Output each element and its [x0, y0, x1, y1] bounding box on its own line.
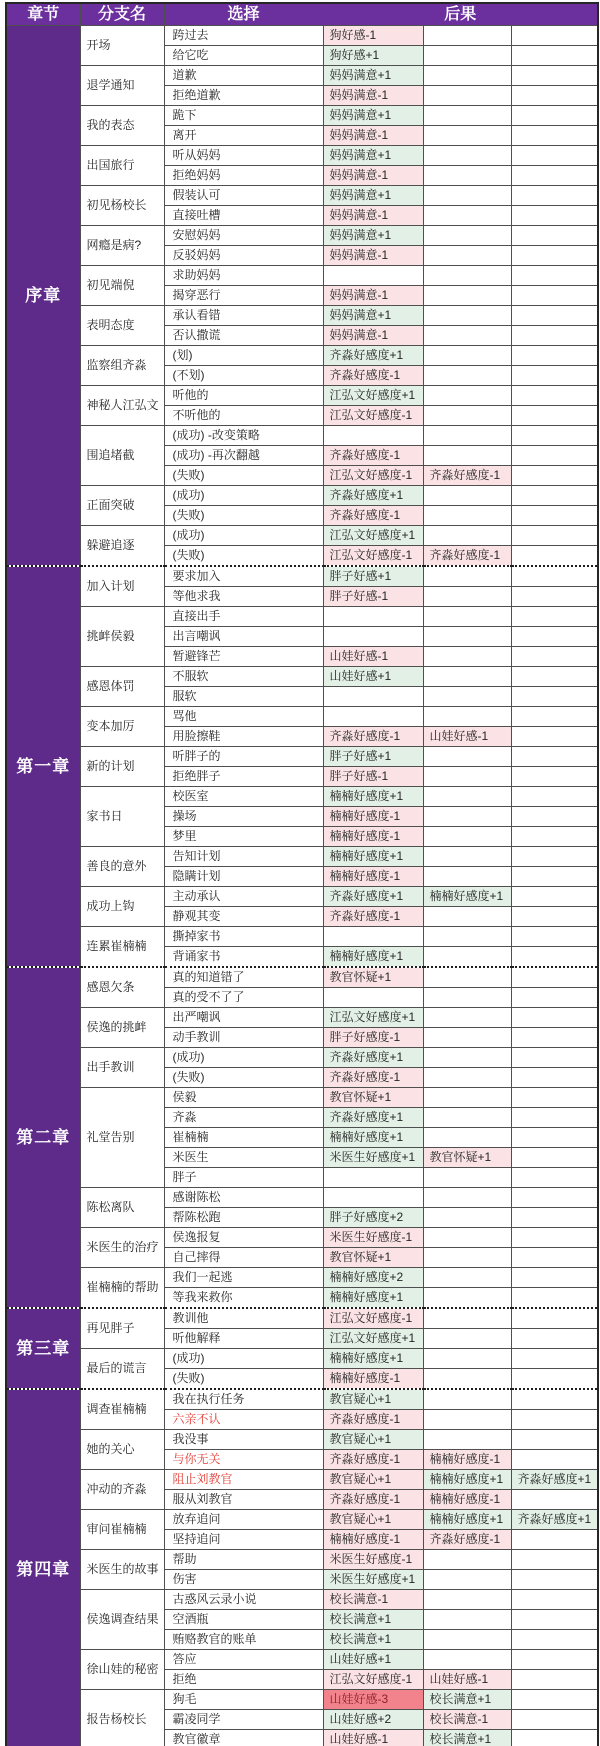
effect-cell: 山娃好感-1 [323, 1729, 423, 1746]
branch-cell: 连累崔楠楠 [80, 926, 164, 967]
effect-cell: 齐淼好感度+1 [323, 345, 423, 365]
effect-cell [511, 786, 598, 806]
effect-cell [423, 205, 511, 225]
branch-cell: 开场 [80, 25, 164, 65]
effect-cell [323, 926, 423, 946]
effect-cell: 教官怀疑+1 [323, 1087, 423, 1107]
effect-cell [511, 265, 598, 285]
table-row: 躲避追逐(成功)江弘文好感度+1 [6, 525, 598, 545]
effect-cell [511, 25, 598, 45]
choice-cell: 空酒瓶 [164, 1609, 323, 1629]
effect-cell: 校长满意-1 [423, 1709, 511, 1729]
effect-cell: 教官怀疑+1 [323, 967, 423, 988]
effect-cell: 齐淼好感度-1 [323, 1067, 423, 1087]
branch-cell: 最后的谎言 [80, 1348, 164, 1389]
choice-cell: 感谢陈松 [164, 1187, 323, 1207]
col-header-chapter: 章节 [6, 3, 80, 25]
table-row: 连累崔楠楠撕掉家书 [6, 926, 598, 946]
effect-cell: 齐淼好感度+1 [323, 485, 423, 505]
branch-cell: 新的计划 [80, 746, 164, 786]
effect-cell: 齐淼好感度-1 [323, 1409, 423, 1429]
effect-cell [511, 345, 598, 365]
table-row: 她的关心我没事教官疑心+1 [6, 1429, 598, 1449]
col-header-consequence: 后果 [323, 3, 598, 25]
choice-cell: 主动承认 [164, 886, 323, 906]
choice-cell: 拒绝道歉 [164, 85, 323, 105]
effect-cell [511, 826, 598, 846]
effect-cell [511, 886, 598, 906]
effect-cell [511, 706, 598, 726]
effect-cell [511, 766, 598, 786]
branch-cell: 初见杨校长 [80, 185, 164, 225]
effect-cell: 江弘文好感度-1 [323, 465, 423, 485]
effect-cell [323, 987, 423, 1007]
effect-cell [423, 1609, 511, 1629]
effect-cell [511, 1328, 598, 1348]
effect-cell: 江弘文好感度+1 [323, 1007, 423, 1027]
choice-cell: 求助妈妈 [164, 265, 323, 285]
choice-cell: 直接吐槽 [164, 205, 323, 225]
choice-cell: (成功) [164, 1348, 323, 1368]
effect-cell [511, 1247, 598, 1267]
branch-cell: 感恩体罚 [80, 666, 164, 706]
table-row: 陈松离队感谢陈松 [6, 1187, 598, 1207]
effect-cell [423, 926, 511, 946]
effect-cell [423, 1629, 511, 1649]
effect-cell [511, 1207, 598, 1227]
choice-cell: 出言嘲讽 [164, 626, 323, 646]
branch-cell: 冲动的齐淼 [80, 1469, 164, 1509]
effect-cell [323, 265, 423, 285]
effect-cell [423, 405, 511, 425]
branch-cell: 表明态度 [80, 305, 164, 345]
effect-cell: 齐淼好感度+1 [323, 1107, 423, 1127]
effect-cell [423, 1549, 511, 1569]
effect-cell: 妈妈满意-1 [323, 245, 423, 265]
choice-cell: 跪下 [164, 105, 323, 125]
branch-cell: 挑衅侯毅 [80, 606, 164, 666]
effect-cell: 齐淼好感度-1 [323, 445, 423, 465]
effect-cell [423, 1027, 511, 1047]
effect-cell [511, 465, 598, 485]
effect-cell [423, 1308, 511, 1329]
effect-cell: 江弘文好感度-1 [323, 545, 423, 566]
effect-cell [423, 946, 511, 967]
effect-cell: 齐淼好感度-1 [323, 1449, 423, 1469]
choice-cell: 服从刘教官 [164, 1489, 323, 1509]
branch-cell: 侯逸的挑衅 [80, 1007, 164, 1047]
effect-cell [511, 1348, 598, 1368]
effect-cell [511, 205, 598, 225]
branch-cell: 退学通知 [80, 65, 164, 105]
effect-cell [423, 385, 511, 405]
effect-cell: 齐淼好感度-1 [423, 1529, 511, 1549]
effect-cell: 妈妈满意+1 [323, 65, 423, 85]
effect-cell [423, 1187, 511, 1207]
choice-cell: 古惑风云录小说 [164, 1589, 323, 1609]
choice-cell: 梦里 [164, 826, 323, 846]
choice-cell: (成功) -再次翻越 [164, 445, 323, 465]
effect-cell: 妈妈满意-1 [323, 205, 423, 225]
choice-cell: 米医生 [164, 1147, 323, 1167]
choice-cell: 阻止刘教官 [164, 1469, 323, 1489]
effect-cell: 楠楠好感度-1 [323, 806, 423, 826]
effect-cell: 江弘文好感度+1 [323, 385, 423, 405]
choice-cell: 给它吃 [164, 45, 323, 65]
choice-cell: 拒绝妈妈 [164, 165, 323, 185]
table-row: 侯逸调查结果古惑风云录小说校长满意-1 [6, 1589, 598, 1609]
effect-cell [423, 906, 511, 926]
effect-cell [511, 85, 598, 105]
effect-cell [423, 1247, 511, 1267]
effect-cell [323, 425, 423, 445]
effect-cell [511, 245, 598, 265]
walkthrough-page: 章节 分支名 选择 后果 序章开场跨过去狗好感-1给它吃狗好感+1退学通知道歉妈… [0, 0, 600, 1746]
effect-cell: 教官疑心+1 [323, 1469, 423, 1489]
table-row: 家书日校医室楠楠好感度+1 [6, 786, 598, 806]
effect-cell [511, 1729, 598, 1746]
choice-cell: 拒绝 [164, 1669, 323, 1689]
effect-cell [423, 265, 511, 285]
choice-cell: 假装认可 [164, 185, 323, 205]
effect-cell [511, 1368, 598, 1389]
effect-cell [511, 746, 598, 766]
choice-cell: 胖子 [164, 1167, 323, 1187]
choice-cell: 撕掉家书 [164, 926, 323, 946]
effect-cell [423, 65, 511, 85]
effect-cell [423, 1207, 511, 1227]
branch-cell: 网瘾是病? [80, 225, 164, 265]
choice-cell: 狗毛 [164, 1689, 323, 1709]
table-row: 第四章调查崔楠楠我在执行任务教官疑心+1 [6, 1389, 598, 1410]
effect-cell: 楠楠好感度+2 [323, 1267, 423, 1287]
effect-cell [511, 1689, 598, 1709]
effect-cell [423, 967, 511, 988]
choice-cell: 放弃追问 [164, 1509, 323, 1529]
effect-cell [511, 1107, 598, 1127]
effect-cell [511, 1449, 598, 1469]
effect-cell [423, 586, 511, 606]
effect-cell [423, 185, 511, 205]
choice-cell: 安慰妈妈 [164, 225, 323, 245]
effect-cell [511, 1609, 598, 1629]
effect-cell [423, 1409, 511, 1429]
effect-cell [423, 626, 511, 646]
effect-cell: 校长满意+1 [323, 1629, 423, 1649]
effect-cell [511, 225, 598, 245]
branch-cell: 躲避追逐 [80, 525, 164, 566]
effect-cell [423, 1429, 511, 1449]
table-row: 第一章加入计划要求加入胖子好感+1 [6, 566, 598, 587]
effect-cell: 楠楠好感度+1 [323, 786, 423, 806]
effect-cell: 楠楠好感度-1 [423, 1449, 511, 1469]
table-row: 表明态度承认看错妈妈满意+1 [6, 305, 598, 325]
effect-cell: 江弘文好感度+1 [323, 1328, 423, 1348]
effect-cell: 齐淼好感度-1 [323, 505, 423, 525]
effect-cell: 楠楠好感度+1 [423, 1469, 511, 1489]
branch-cell: 米医生的治疗 [80, 1227, 164, 1267]
table-row: 礼堂告别侯毅教官怀疑+1 [6, 1087, 598, 1107]
choice-cell: 骂他 [164, 706, 323, 726]
effect-cell: 齐淼好感度+1 [511, 1469, 598, 1489]
choice-cell: 暂避锋芒 [164, 646, 323, 666]
effect-cell: 楠楠好感度-1 [323, 1529, 423, 1549]
effect-cell [423, 485, 511, 505]
table-row: 最后的谎言(成功)楠楠好感度+1 [6, 1348, 598, 1368]
effect-cell [423, 1389, 511, 1410]
effect-cell [511, 726, 598, 746]
effect-cell [423, 1167, 511, 1187]
effect-cell: 狗好感-1 [323, 25, 423, 45]
effect-cell: 妈妈满意-1 [323, 165, 423, 185]
effect-cell [511, 1287, 598, 1308]
effect-cell [423, 1287, 511, 1308]
effect-cell [511, 1589, 598, 1609]
table-row: 初见端倪求助妈妈 [6, 265, 598, 285]
effect-cell [423, 365, 511, 385]
branch-cell: 报告杨校长 [80, 1689, 164, 1746]
effect-cell: 山娃好感+1 [323, 666, 423, 686]
effect-cell [423, 706, 511, 726]
table-row: 米医生的治疗侯逸报复米医生好感度-1 [6, 1227, 598, 1247]
choice-cell: 跨过去 [164, 25, 323, 45]
choice-cell: (失败) [164, 545, 323, 566]
effect-cell: 妈妈满意-1 [323, 85, 423, 105]
effect-cell [511, 1409, 598, 1429]
effect-cell: 江弘文好感度-1 [323, 1308, 423, 1329]
effect-cell [423, 686, 511, 706]
effect-cell: 齐淼好感度-1 [423, 465, 511, 485]
effect-cell [423, 806, 511, 826]
effect-cell: 校长满意-1 [323, 1589, 423, 1609]
effect-cell [423, 145, 511, 165]
branch-cell: 变本加厉 [80, 706, 164, 746]
effect-cell [511, 566, 598, 587]
effect-cell [511, 1669, 598, 1689]
effect-cell [423, 1127, 511, 1147]
effect-cell [511, 425, 598, 445]
choice-cell: 侯毅 [164, 1087, 323, 1107]
choice-cell: 崔楠楠 [164, 1127, 323, 1147]
choice-cell: 真的受不了了 [164, 987, 323, 1007]
table-row: 第三章再见胖子教训他江弘文好感度-1 [6, 1308, 598, 1329]
effect-cell [423, 1227, 511, 1247]
table-row: 感恩体罚不服软山娃好感+1 [6, 666, 598, 686]
choice-cell: 否认撒谎 [164, 325, 323, 345]
effect-cell [511, 586, 598, 606]
branch-cell: 出手教训 [80, 1047, 164, 1087]
effect-cell [423, 866, 511, 886]
effect-cell [511, 1709, 598, 1729]
effect-cell [423, 1368, 511, 1389]
choice-cell: (失败) [164, 1067, 323, 1087]
effect-cell: 山娃好感+2 [323, 1709, 423, 1729]
effect-cell [511, 866, 598, 886]
effect-cell [511, 125, 598, 145]
effect-cell [423, 245, 511, 265]
effect-cell [423, 766, 511, 786]
effect-cell [423, 826, 511, 846]
choice-cell: 齐淼 [164, 1107, 323, 1127]
effect-cell: 胖子好感+1 [323, 746, 423, 766]
effect-cell [511, 1389, 598, 1410]
effect-cell [511, 445, 598, 465]
effect-cell: 妈妈满意+1 [323, 185, 423, 205]
effect-cell: 楠楠好感度+1 [323, 1127, 423, 1147]
effect-cell: 楠楠好感度+1 [323, 946, 423, 967]
effect-cell [511, 1047, 598, 1067]
branch-cell: 陈松离队 [80, 1187, 164, 1227]
effect-cell [423, 606, 511, 626]
table-row: 监察组齐淼(划)齐淼好感度+1 [6, 345, 598, 365]
table-row: 成功上钩主动承认齐淼好感度+1楠楠好感度+1 [6, 886, 598, 906]
choice-cell: (成功) -改变策略 [164, 425, 323, 445]
effect-cell: 妈妈满意-1 [323, 325, 423, 345]
choice-cell: 不听他的 [164, 405, 323, 425]
chapter-cell: 第一章 [6, 566, 80, 967]
choice-cell: 拒绝胖子 [164, 766, 323, 786]
branch-cell: 礼堂告别 [80, 1087, 164, 1187]
effect-cell [511, 666, 598, 686]
effect-cell [423, 646, 511, 666]
effect-cell [323, 686, 423, 706]
table-row: 正面突破(成功)齐淼好感度+1 [6, 485, 598, 505]
effect-cell [423, 666, 511, 686]
choice-cell: 隐瞒计划 [164, 866, 323, 886]
branch-cell: 崔楠楠的帮助 [80, 1267, 164, 1308]
effect-cell: 楠楠好感度+1 [423, 886, 511, 906]
effect-cell [423, 45, 511, 65]
choice-cell: 用脸擦鞋 [164, 726, 323, 746]
effect-cell [423, 445, 511, 465]
effect-cell [423, 1007, 511, 1027]
effect-cell [423, 525, 511, 545]
table-body: 序章开场跨过去狗好感-1给它吃狗好感+1退学通知道歉妈妈满意+1拒绝道歉妈妈满意… [6, 25, 598, 1746]
chapter-cell: 第三章 [6, 1308, 80, 1389]
effect-cell [511, 1629, 598, 1649]
branch-cell: 神秘人江弘文 [80, 385, 164, 425]
effect-cell: 楠楠好感度+1 [323, 846, 423, 866]
effect-cell [423, 1047, 511, 1067]
effect-cell [511, 846, 598, 866]
choice-cell: 揭穿恶行 [164, 285, 323, 305]
branch-cell: 侯逸调查结果 [80, 1589, 164, 1649]
effect-cell: 楠楠好感度+1 [423, 1509, 511, 1529]
branch-cell: 米医生的故事 [80, 1549, 164, 1589]
choice-cell: (失败) [164, 505, 323, 525]
effect-cell [511, 906, 598, 926]
effect-cell [423, 1348, 511, 1368]
effect-cell: 山娃好感-1 [423, 726, 511, 746]
choice-cell: (成功) [164, 1047, 323, 1067]
table-row: 报告杨校长狗毛山娃好感-3校长满意+1 [6, 1689, 598, 1709]
effect-cell [423, 85, 511, 105]
choice-cell: 等我来救你 [164, 1287, 323, 1308]
choice-cell: 操场 [164, 806, 323, 826]
effect-cell [511, 926, 598, 946]
chapter-cell: 序章 [6, 25, 80, 566]
table-row: 围追堵截(成功) -改变策略 [6, 425, 598, 445]
effect-cell [511, 987, 598, 1007]
choice-cell: 告知计划 [164, 846, 323, 866]
chapter-cell: 第四章 [6, 1389, 80, 1746]
effect-cell [423, 987, 511, 1007]
branch-cell: 出国旅行 [80, 145, 164, 185]
effect-cell: 校长满意+1 [423, 1729, 511, 1746]
table-row: 挑衅侯毅直接出手 [6, 606, 598, 626]
table-row: 初见杨校长假装认可妈妈满意+1 [6, 185, 598, 205]
effect-cell: 狗好感+1 [323, 45, 423, 65]
effect-cell [511, 1087, 598, 1107]
branch-cell: 感恩欠条 [80, 967, 164, 1008]
effect-cell [423, 1589, 511, 1609]
branch-cell: 徐山娃的秘密 [80, 1649, 164, 1689]
effect-cell [511, 1227, 598, 1247]
effect-cell [511, 405, 598, 425]
effect-cell [511, 365, 598, 385]
effect-cell: 楠楠好感度-1 [323, 1368, 423, 1389]
effect-cell [423, 1087, 511, 1107]
table-row: 出国旅行听从妈妈妈妈满意+1 [6, 145, 598, 165]
effect-cell [511, 285, 598, 305]
effect-cell [423, 846, 511, 866]
choice-cell: 真的知道错了 [164, 967, 323, 988]
choice-cell: 霸凌同学 [164, 1709, 323, 1729]
branch-cell: 家书日 [80, 786, 164, 846]
choice-cell: 自己摔得 [164, 1247, 323, 1267]
effect-cell [511, 1167, 598, 1187]
effect-cell: 米医生好感度-1 [323, 1549, 423, 1569]
effect-cell [511, 1569, 598, 1589]
table-row: 变本加厉骂他 [6, 706, 598, 726]
effect-cell: 齐淼好感度-1 [323, 906, 423, 926]
choice-cell: 我们一起逃 [164, 1267, 323, 1287]
effect-cell [511, 485, 598, 505]
table-row: 米医生的故事帮助米医生好感度-1 [6, 1549, 598, 1569]
effect-cell: 楠楠好感度-1 [423, 1489, 511, 1509]
effect-cell: 教官怀疑+1 [323, 1247, 423, 1267]
effect-cell [511, 145, 598, 165]
choice-cell: 等他求我 [164, 586, 323, 606]
effect-cell: 妈妈满意+1 [323, 225, 423, 245]
effect-cell: 齐淼好感度-1 [323, 726, 423, 746]
choice-cell: 校医室 [164, 786, 323, 806]
walkthrough-table: 章节 分支名 选择 后果 序章开场跨过去狗好感-1给它吃狗好感+1退学通知道歉妈… [5, 2, 599, 1746]
effect-cell [511, 45, 598, 65]
table-row: 善良的意外告知计划楠楠好感度+1 [6, 846, 598, 866]
effect-cell [423, 425, 511, 445]
effect-cell [511, 626, 598, 646]
effect-cell: 江弘文好感度+1 [323, 525, 423, 545]
effect-cell: 齐淼好感度+1 [323, 886, 423, 906]
col-header-branch: 分支名 [80, 3, 164, 25]
effect-cell [423, 746, 511, 766]
col-header-choice: 选择 [164, 3, 323, 25]
effect-cell [511, 525, 598, 545]
effect-cell [511, 1067, 598, 1087]
table-row: 新的计划听胖子的胖子好感+1 [6, 746, 598, 766]
choice-cell: 服软 [164, 686, 323, 706]
choice-cell: 要求加入 [164, 566, 323, 587]
effect-cell [423, 325, 511, 345]
chapter-cell: 第二章 [6, 967, 80, 1308]
effect-cell: 山娃好感-3 [323, 1689, 423, 1709]
effect-cell: 楠楠好感度+1 [323, 1348, 423, 1368]
effect-cell: 齐淼好感度-1 [423, 545, 511, 566]
effect-cell [511, 967, 598, 988]
effect-cell: 妈妈满意-1 [323, 285, 423, 305]
effect-cell [423, 786, 511, 806]
